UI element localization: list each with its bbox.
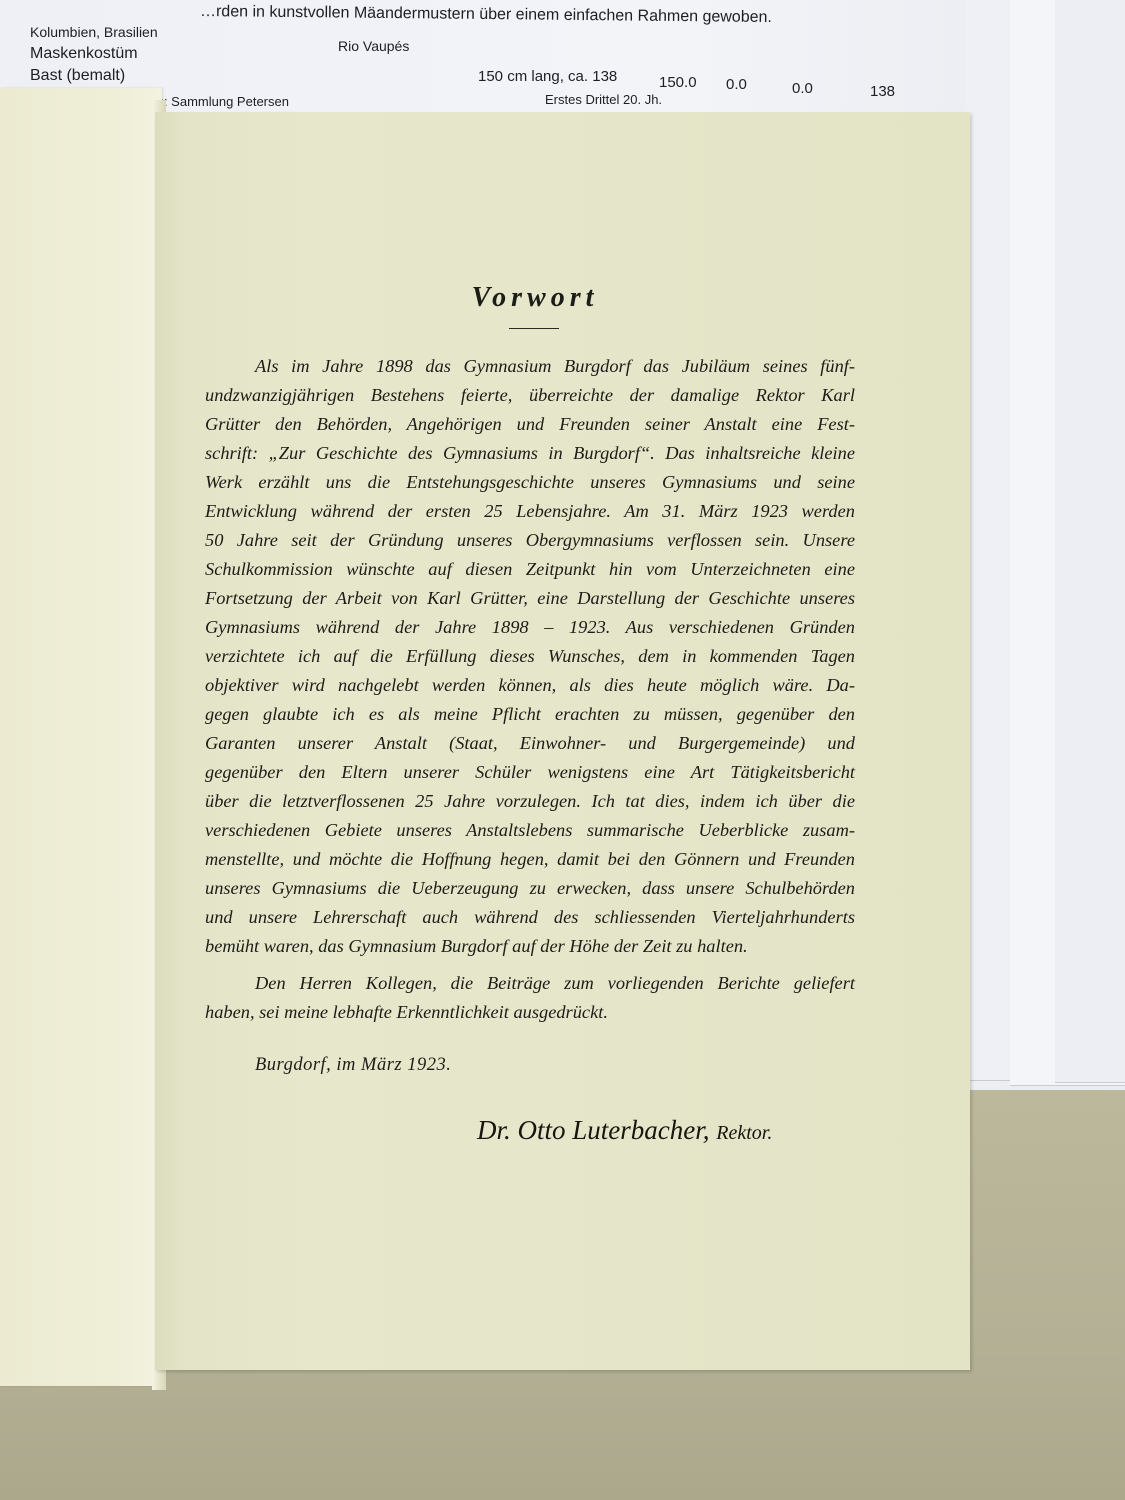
sheet-line: 0.0 — [726, 76, 747, 93]
sheet-line: 150.0 — [659, 74, 697, 91]
text-line: Schulkommission wünschte auf diesen Zeit… — [205, 555, 855, 584]
sheet-line: …rden in kunstvollen Mäandermustern über… — [200, 3, 772, 27]
text-line: Den Herren Kollegen, die Beiträge zum vo… — [205, 969, 855, 998]
text-line: 50 Jahre seit der Gründung unseres Oberg… — [205, 526, 855, 555]
text-line: objektiver wird nachgelebt werden können… — [205, 671, 855, 700]
text-line: gegenüber den Eltern unserer Schüler wen… — [205, 758, 855, 787]
stack-sheet-edge — [1055, 0, 1125, 1083]
paragraph-2: Den Herren Kollegen, die Beiträge zum vo… — [205, 969, 855, 1027]
sheet-line: Rio Vaupés — [338, 38, 409, 54]
sheet-line: 138 — [870, 83, 895, 100]
sheet-line: Erstes Drittel 20. Jh. — [545, 92, 662, 107]
text-line: Als im Jahre 1898 das Gymnasium Burgdorf… — [205, 352, 855, 381]
sheet-line: Kolumbien, Brasilien — [30, 24, 158, 40]
preface-body: Als im Jahre 1898 das Gymnasium Burgdorf… — [205, 352, 855, 1027]
text-line: Gymnasiums während der Jahre 1898 – 1923… — [205, 613, 855, 642]
text-line: unseres Gymnasiums die Ueberzeugung zu e… — [205, 874, 855, 903]
text-line: Entwicklung während der ersten 25 Lebens… — [205, 497, 855, 526]
text-line: schrift: „Zur Geschichte des Gymnasiums … — [205, 439, 855, 468]
sheet-line: 150 cm lang, ca. 138 — [478, 68, 617, 85]
text-line: und unsere Lehrerschaft auch während des… — [205, 903, 855, 932]
text-line: undzwanzigjährigen Bestehens feierte, üb… — [205, 381, 855, 410]
text-line: Grütter den Behörden, Angehörigen und Fr… — [205, 410, 855, 439]
text-line: bemüht waren, das Gymnasium Burgdorf auf… — [205, 932, 855, 961]
text-line: haben, sei meine lebhafte Erkenntlichkei… — [205, 998, 855, 1027]
right-book-page: Vorwort Als im Jahre 1898 das Gymnasium … — [155, 112, 970, 1370]
text-line: Fortsetzung der Arbeit von Karl Grütter,… — [205, 584, 855, 613]
signature: Dr. Otto Luterbacher, Rektor. — [477, 1115, 772, 1146]
title-rule — [509, 328, 559, 329]
text-line: über die letztverflossenen 25 Jahre vorz… — [205, 787, 855, 816]
sheet-line: Bast (bemalt) — [30, 67, 125, 85]
signature-name: Dr. Otto Luterbacher, — [477, 1115, 710, 1145]
signature-title: Rektor. — [716, 1122, 772, 1144]
text-line: Garanten unserer Anstalt (Staat, Einwohn… — [205, 729, 855, 758]
text-line: verzichtete ich auf die Erfüllung dieses… — [205, 642, 855, 671]
text-line: verschiedenen Gebiete unseres Anstaltsle… — [205, 816, 855, 845]
place-date: Burgdorf, im März 1923. — [255, 1055, 451, 1076]
left-book-page — [0, 88, 162, 1386]
text-line: gegen glaubte ich es als meine Pflicht e… — [205, 700, 855, 729]
paragraph-1: Als im Jahre 1898 das Gymnasium Burgdorf… — [205, 352, 855, 961]
text-line: menstellte, und möchte die Hoffnung hege… — [205, 845, 855, 874]
text-line: Werk erzählt uns die Entstehungsgeschich… — [205, 468, 855, 497]
page-title: Vorwort — [155, 282, 915, 314]
sheet-line: 0.0 — [792, 80, 813, 97]
sheet-line: Maskenkostüm — [30, 45, 138, 63]
